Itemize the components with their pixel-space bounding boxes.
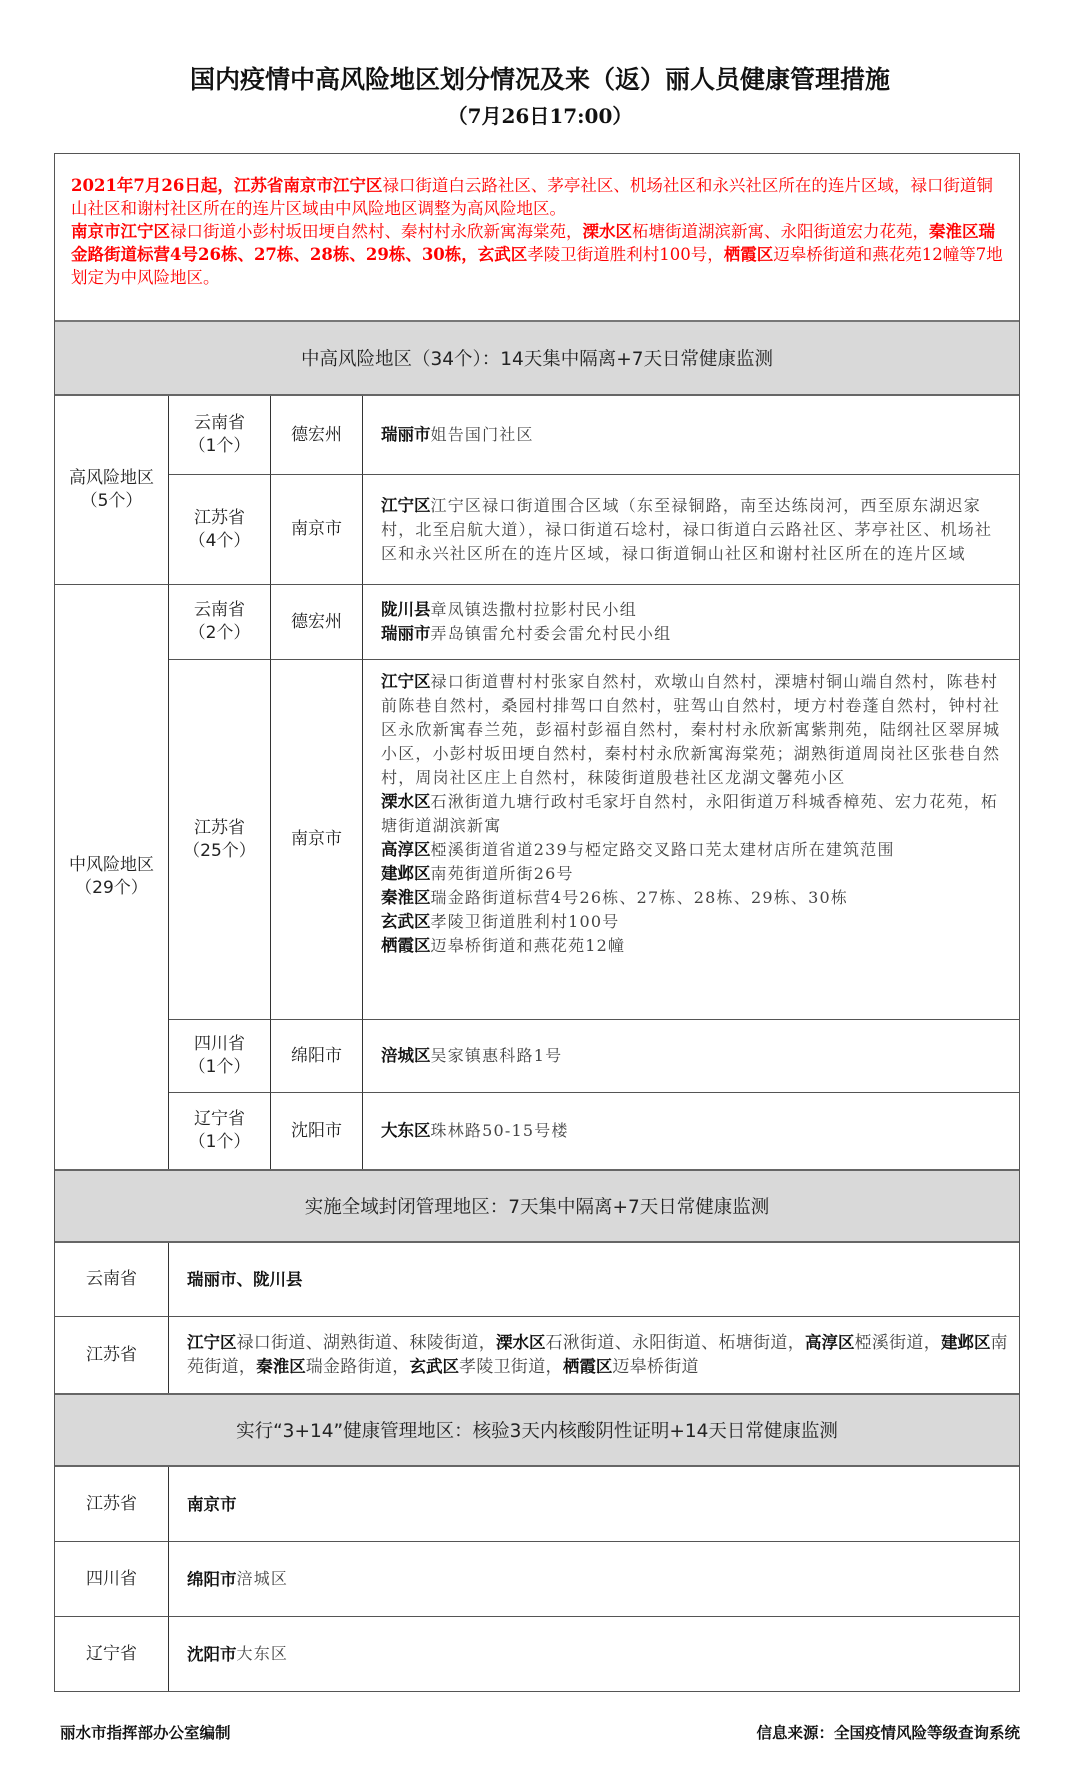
district-name: 瑞丽市 <box>381 425 431 444</box>
area-detail: 大东区 <box>237 1642 289 1666</box>
notice-text: 柘塘街道湖滨新寓、永阳街道宏力花苑， <box>632 222 929 241</box>
category-label: 高风险地区 <box>69 467 154 490</box>
area-detail: 瑞金路街道标营4号26栋、27栋、28栋、29栋、30栋 <box>431 888 849 907</box>
notice-text: 南京市江宁区 <box>71 222 170 241</box>
notice-text: 秦淮区 <box>929 222 979 241</box>
area-detail: 南苑街道所街26号 <box>431 864 574 883</box>
area-detail-cell: 大东区珠林路50-15号楼 <box>363 1093 1019 1169</box>
notice-text: 禄口街道小彭村坂田埂自然村、秦村村永欣新寓海棠苑， <box>170 222 583 241</box>
area-detail-cell: 陇川县章凤镇迭撒村拉影村民小组 瑞丽市弄岛镇雷允村委会雷允村民小组 <box>363 585 1019 660</box>
notice-text: 南京市江宁区 <box>283 176 382 195</box>
closed-management-grid: 云南省 瑞丽市、陇川县 江苏省 江宁区禄口街道、湖熟街道、秣陵街道，溧水区石湫街… <box>55 1243 1019 1393</box>
section-heading-closed-management: 实施全域封闭管理地区：7天集中隔离+7天日常健康监测 <box>55 1169 1019 1243</box>
notice-text: 玄武区 <box>478 245 528 264</box>
compiled-by: 丽水市指挥部办公室编制 <box>60 1721 231 1743</box>
province-name: 江苏省 <box>194 817 245 840</box>
page-title: 国内疫情中高风险地区划分情况及来（返）丽人员健康管理措施 <box>0 60 1080 96</box>
province-name: 云南省 <box>194 599 245 622</box>
category-count: （29个） <box>75 877 148 900</box>
area-detail: 禄口街道、湖熟街道、秣陵街道， <box>237 1333 497 1353</box>
province-cell: 四川省 <box>55 1542 169 1617</box>
province-count: （1个） <box>189 1056 251 1079</box>
district-name: 玄武区 <box>410 1357 460 1376</box>
district-name: 栖霞区 <box>563 1357 613 1376</box>
district-name: 高淳区 <box>381 840 431 859</box>
page-subtitle-date: （7月26日17:00） <box>0 100 1080 129</box>
area-detail: 姐告国门社区 <box>431 425 534 444</box>
area-detail-cell: 瑞丽市姐告国门社区 <box>363 396 1019 475</box>
province-cell: 云南省 （2个） <box>169 585 271 660</box>
category-count: （5个） <box>81 490 143 513</box>
area-detail-cell: 沈阳市大东区 <box>169 1617 1019 1691</box>
area-detail: 孝陵卫街道胜利村100号 <box>431 912 620 931</box>
province-cell: 四川省 （1个） <box>169 1020 271 1093</box>
province-count: （1个） <box>189 1131 251 1154</box>
health-management-grid: 江苏省 南京市 四川省 绵阳市涪城区 辽宁省 沈阳市大东区 <box>55 1467 1019 1691</box>
category-label: 中风险地区 <box>69 854 154 877</box>
district-name: 溧水区 <box>496 1333 546 1352</box>
district-name: 秦淮区 <box>256 1357 306 1376</box>
area-detail: 孝陵卫街道， <box>459 1357 563 1377</box>
district-name: 栖霞区 <box>381 936 431 955</box>
province-name: 江苏省 <box>194 507 245 530</box>
area-detail-cell: 绵阳市涪城区 <box>169 1542 1019 1617</box>
province-cell: 江苏省 （25个） <box>169 660 271 1020</box>
province-name: 辽宁省 <box>194 1108 245 1131</box>
update-notice: 2021年7月26日起，江苏省南京市江宁区禄口街道白云路社区、茅亭社区、机场社区… <box>55 154 1019 322</box>
area-detail: 迈皋桥街道和燕花苑12幢 <box>431 936 626 955</box>
province-count: （25个） <box>183 840 256 863</box>
district-name: 秦淮区 <box>381 888 431 907</box>
area-detail-cell: 江宁区禄口街道、湖熟街道、秣陵街道，溧水区石湫街道、永阳街道、柘塘街道，高淳区椏… <box>169 1317 1019 1393</box>
section-heading-mid-high-risk: 中高风险地区（34个）：14天集中隔离+7天日常健康监测 <box>55 322 1019 396</box>
high-risk-label: 高风险地区 （5个） <box>55 396 169 585</box>
district-name: 溧水区 <box>381 792 431 811</box>
notice-text: 栖霞区 <box>724 245 774 264</box>
province-name: 云南省 <box>194 412 245 435</box>
province-cell: 辽宁省 <box>55 1617 169 1691</box>
province-count: （2个） <box>189 622 251 645</box>
area-detail: 椏溪街道， <box>855 1333 942 1353</box>
notice-text: 2021年7月26日起，江苏省 <box>71 176 283 195</box>
area-detail: 江宁区禄口街道围合区域（东至禄铜路，南至达练岗河，西至原东湖迟家村，北至启航大道… <box>381 496 992 563</box>
mid-risk-label: 中风险地区 （29个） <box>55 585 169 1169</box>
district-name: 高淳区 <box>805 1333 855 1352</box>
area-detail: 迈皋桥街道 <box>612 1357 699 1377</box>
city-cell: 德宏州 <box>271 585 363 660</box>
area-detail: 吴家镇惠科路1号 <box>431 1046 563 1065</box>
city-name: 绵阳市 <box>187 1568 237 1591</box>
area-detail: 石湫街道、永阳街道、柘塘街道， <box>546 1333 806 1353</box>
district-name: 玄武区 <box>381 912 431 931</box>
area-detail: 石湫街道九塘行政村毛家圩自然村，永阳街道万科城香樟苑、宏力花苑，柘塘街道湖滨新寓 <box>381 792 998 835</box>
area-detail: 瑞金路街道， <box>306 1357 410 1377</box>
info-source: 信息来源：全国疫情风险等级查询系统 <box>756 1721 1020 1743</box>
area-detail-cell: 江宁区江宁区禄口街道围合区域（东至禄铜路，南至达练岗河，西至原东湖迟家村，北至启… <box>363 475 1019 585</box>
notice-paragraph-1: 2021年7月26日起，江苏省南京市江宁区禄口街道白云路社区、茅亭社区、机场社区… <box>71 174 1005 220</box>
notice-text: 孝陵卫街道胜利村100号， <box>527 245 724 264</box>
province-name: 四川省 <box>194 1033 245 1056</box>
province-cell: 云南省 <box>55 1243 169 1317</box>
district-name: 陇川县 <box>381 600 431 619</box>
city-cell: 绵阳市 <box>271 1020 363 1093</box>
area-detail-cell: 涪城区吴家镇惠科路1号 <box>363 1020 1019 1093</box>
area-detail-cell: 江宁区禄口街道曹村村张家自然村，欢墩山自然村，溧塘村铜山端自然村，陈巷村前陈巷自… <box>363 660 1019 1020</box>
area-detail: 涪城区 <box>237 1567 289 1591</box>
district-name: 瑞丽市 <box>381 624 431 643</box>
district-name: 建邺区 <box>381 864 431 883</box>
district-name: 江宁区 <box>381 672 431 691</box>
province-cell: 江苏省 <box>55 1317 169 1393</box>
city-cell: 南京市 <box>271 660 363 1020</box>
notice-text: 溧水区 <box>583 222 633 241</box>
province-cell: 江苏省 <box>55 1467 169 1542</box>
province-cell: 辽宁省 （1个） <box>169 1093 271 1169</box>
city-cell: 沈阳市 <box>271 1093 363 1169</box>
area-detail: 章凤镇迭撒村拉影村民小组 <box>431 600 637 619</box>
area-detail: 椏溪街道省道239与椏定路交叉路口芜太建材店所在建筑范围 <box>431 840 895 859</box>
province-cell: 江苏省 （4个） <box>169 475 271 585</box>
section-heading-3-plus-14: 实行“3+14”健康管理地区：核验3天内核酸阴性证明+14天日常健康监测 <box>55 1393 1019 1467</box>
district-name: 涪城区 <box>381 1046 431 1065</box>
city-name: 南京市 <box>187 1493 237 1516</box>
city-cell: 南京市 <box>271 475 363 585</box>
area-detail: 禄口街道曹村村张家自然村，欢墩山自然村，溧塘村铜山端自然村，陈巷村前陈巷自然村，… <box>381 672 1000 787</box>
district-name: 瑞丽市、陇川县 <box>187 1268 303 1291</box>
district-name: 建邺区 <box>941 1333 991 1352</box>
notice-paragraph-2: 南京市江宁区禄口街道小彭村坂田埂自然村、秦村村永欣新寓海棠苑，溧水区柘塘街道湖滨… <box>71 220 1005 289</box>
measures-table: 2021年7月26日起，江苏省南京市江宁区禄口街道白云路社区、茅亭社区、机场社区… <box>54 153 1020 1692</box>
city-name: 沈阳市 <box>187 1643 237 1666</box>
district-name: 江宁区 <box>187 1333 237 1352</box>
province-cell: 云南省 （1个） <box>169 396 271 475</box>
district-name: 大东区 <box>381 1121 431 1140</box>
district-name: 江宁区 <box>381 496 431 515</box>
province-count: （1个） <box>189 435 251 458</box>
area-detail-cell: 南京市 <box>169 1467 1019 1542</box>
risk-area-grid: 高风险地区 （5个） 云南省 （1个） 德宏州 瑞丽市姐告国门社区 江苏省 （4… <box>55 396 1019 1169</box>
province-count: （4个） <box>189 530 251 553</box>
area-detail: 弄岛镇雷允村委会雷允村民小组 <box>431 624 672 643</box>
area-detail: 珠林路50-15号楼 <box>431 1121 569 1140</box>
city-cell: 德宏州 <box>271 396 363 475</box>
area-detail-cell: 瑞丽市、陇川县 <box>169 1243 1019 1317</box>
